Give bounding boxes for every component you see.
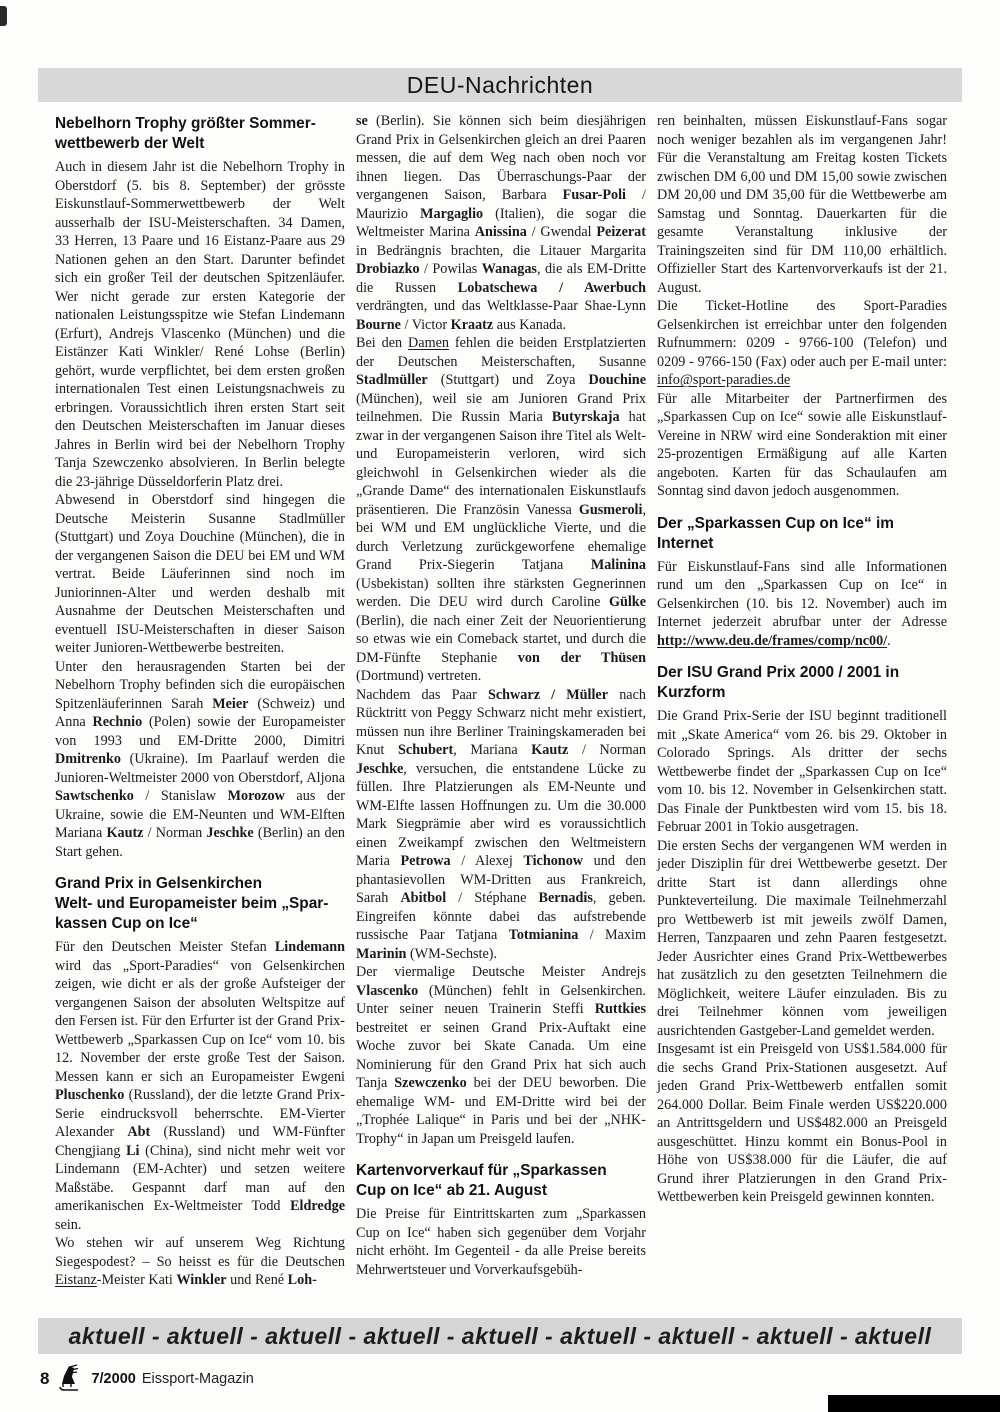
article-paragraph: Wo stehen wir auf unserem Weg Richtung S… bbox=[55, 1234, 345, 1290]
article-paragraph: Abwesend in Oberstdorf sind hingegen die… bbox=[55, 491, 345, 658]
article-column-2: se (Berlin). Sie können sich beim diesjä… bbox=[356, 112, 646, 1310]
article-column-3: ren beinhalten, müssen Eiskunstlauf-Fans… bbox=[657, 112, 947, 1310]
page-footer: 8 7/2000 Eissport-Magazin bbox=[40, 1363, 254, 1395]
page-title: DEU-Nachrichten bbox=[407, 72, 593, 99]
article-columns: Nebelhorn Trophy größter Sommer- wettbew… bbox=[55, 112, 948, 1310]
magazine-name: Eissport-Magazin bbox=[142, 1371, 254, 1387]
article-paragraph: ren beinhalten, müssen Eiskunstlauf-Fans… bbox=[657, 112, 947, 297]
article-paragraph: Für den Deutschen Meister Stefan Lindema… bbox=[55, 938, 345, 1234]
article-column-1: Nebelhorn Trophy größter Sommer- wettbew… bbox=[55, 112, 345, 1310]
article-paragraph: Die Ticket-Hotline des Sport-Paradies Ge… bbox=[657, 297, 947, 390]
article-paragraph: Für alle Mitarbeiter der Partnerfirmen d… bbox=[657, 390, 947, 501]
bottom-right-black-bar bbox=[828, 1395, 1000, 1412]
article-paragraph: Nachdem das Paar Schwarz / Müller nach R… bbox=[356, 686, 646, 964]
article-paragraph: Für Eiskunstlauf-Fans sind alle Informat… bbox=[657, 558, 947, 651]
article-paragraph: Bei den Damen fehlen die beiden Erstplat… bbox=[356, 334, 646, 686]
footer-ticker-text: aktuell - aktuell - aktuell - aktuell - … bbox=[69, 1323, 932, 1350]
page-number: 8 bbox=[40, 1369, 49, 1389]
skate-logo-icon bbox=[55, 1364, 81, 1394]
footer-ticker-bar: aktuell - aktuell - aktuell - aktuell - … bbox=[38, 1318, 962, 1354]
article-paragraph: Unter den herausragenden Starten bei der… bbox=[55, 658, 345, 862]
section-header-bar: DEU-Nachrichten bbox=[38, 68, 962, 102]
article-paragraph: Die ersten Sechs der vergangenen WM werd… bbox=[657, 837, 947, 1041]
article-heading: Kartenvorverkauf für „Sparkassen Cup on … bbox=[356, 1161, 646, 1201]
issue-number: 7/2000 bbox=[91, 1371, 135, 1387]
article-paragraph: Die Grand Prix-Serie der ISU beginnt tra… bbox=[657, 707, 947, 837]
article-paragraph: Der viermalige Deutsche Meister Andrejs … bbox=[356, 963, 646, 1148]
scan-artifact bbox=[0, 6, 7, 26]
article-heading: Nebelhorn Trophy größter Sommer- wettbew… bbox=[55, 114, 345, 154]
article-heading: Der „Sparkassen Cup on Ice“ im Internet bbox=[657, 514, 947, 554]
article-paragraph: Insgesamt ist ein Preisgeld von US$1.584… bbox=[657, 1040, 947, 1207]
article-heading: Grand Prix in Gelsenkirchen Welt- und Eu… bbox=[55, 874, 345, 934]
article-heading: Der ISU Grand Prix 2000 / 2001 in Kurzfo… bbox=[657, 663, 947, 703]
article-paragraph: se (Berlin). Sie können sich beim diesjä… bbox=[356, 112, 646, 334]
article-paragraph: Auch in diesem Jahr ist die Nebelhorn Tr… bbox=[55, 158, 345, 491]
article-paragraph: Die Preise für Eintrittskarten zum „Spar… bbox=[356, 1205, 646, 1279]
